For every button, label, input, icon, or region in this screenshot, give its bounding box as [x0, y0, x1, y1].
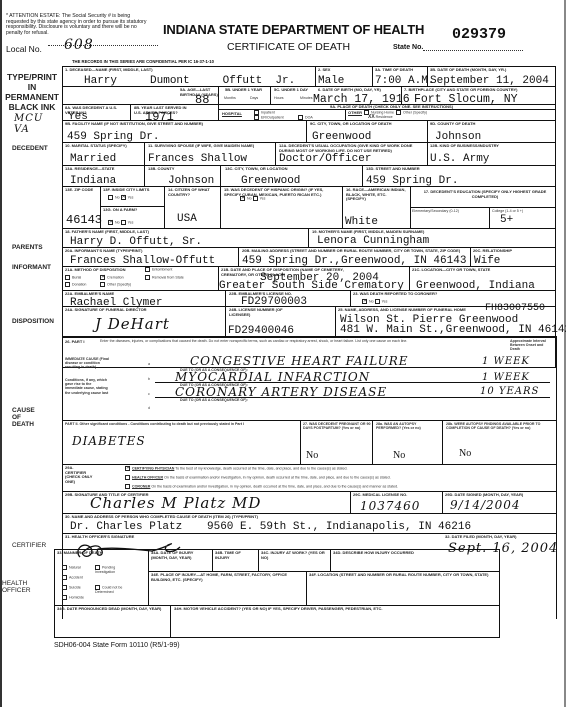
days-label: Days	[250, 96, 258, 100]
injury-location-label: 34f. LOCATION (Street and Number or Rura…	[309, 573, 499, 578]
type-print-label: TYPE/PRINT IN PERMANENT BLACK INK	[4, 72, 60, 112]
homicide-option[interactable]: Homicide	[62, 595, 84, 600]
funeral-home-license: FH83007550	[485, 303, 545, 314]
pending-option[interactable]: Pending Investigation	[95, 565, 135, 574]
natural-option[interactable]: Natural	[62, 565, 81, 570]
college-label: College (1-4 or 5 +)	[492, 209, 523, 213]
state-no-label: State No.	[393, 44, 423, 51]
race-value: White	[345, 216, 378, 228]
certificate-title: CERTIFICATE OF DEATH	[227, 41, 350, 53]
certifier-label: 29a. CERTIFIER (Check only one)	[65, 466, 95, 484]
removal-option[interactable]: Removal from State	[145, 275, 184, 280]
residence-state-label: 13a. RESIDENCE—STATE	[65, 167, 114, 172]
time-of-death-value: 7:00 A.M.	[375, 75, 434, 87]
occupation-value: Doctor/Officer	[279, 153, 371, 165]
cause-letter-b: b	[148, 377, 150, 381]
funeral-home-address: 481 W. Main St.,Greenwood, IN 46142	[340, 324, 566, 336]
relationship-value: Wife	[474, 255, 500, 267]
months-label: Months	[224, 96, 236, 100]
coroner-no-checkbox[interactable]: ✕	[362, 299, 367, 304]
method-label: 21a. METHOD OF DISPOSITION	[65, 268, 125, 273]
residence-city-value: Greenwood	[241, 175, 300, 187]
cremation-option[interactable]: ✕Cremation	[100, 275, 124, 280]
embalmer-name-label: 22a. EMBALMER'S NAME	[65, 292, 114, 297]
doa-checkbox[interactable]	[298, 115, 303, 120]
age-value: 88	[195, 93, 209, 107]
farm-yes-checkbox[interactable]	[121, 220, 126, 225]
homicide-checkbox[interactable]	[62, 595, 67, 600]
form-id: SDH06-004 State Form 10110 (R5/1-99)	[54, 642, 180, 649]
manner-label: 33. MANNER OF DEATH	[57, 551, 102, 556]
mother-label: 19. MOTHER'S NAME (First, Middle, Maiden…	[312, 230, 424, 235]
director-signature: J DeHart	[95, 315, 170, 333]
director-signature-label: 24a. SIGNATURE OF FUNERAL DIRECTOR	[65, 308, 147, 313]
facility-value: 459 Spring Dr.	[67, 131, 159, 143]
zip-label: 13e. ZIP CODE	[65, 188, 93, 193]
date-of-death-label: 3b. DATE OF DEATH (Month, Day, Yr.)	[430, 68, 506, 73]
spouse-label: 11. SURVIVING SPOUSE (If wife, give maid…	[148, 144, 254, 149]
time-of-death-label: 3a. TIME OF DEATH	[375, 68, 413, 73]
cause-c-interval: 10 YEARS	[480, 386, 539, 397]
entombment-checkbox[interactable]	[145, 267, 150, 272]
cremation-checkbox[interactable]: ✕	[100, 275, 105, 280]
birthplace-label: 7. BIRTHPLACE (City and State or Foreign…	[404, 88, 554, 93]
residence-street-value: 459 Spring Dr.	[366, 175, 458, 187]
coroner-yes-checkbox[interactable]	[375, 299, 380, 304]
residence-county-label: 13b. COUNTY	[148, 167, 174, 172]
other-specify-option[interactable]: Other (Specify)	[396, 110, 427, 115]
date-signed-value: 9/14/2004	[450, 498, 521, 512]
physician-checkbox[interactable]: ✕	[125, 466, 130, 471]
local-no-label: Local No.	[6, 44, 42, 54]
race-label: 16. RACE—American Indian, Black, White, …	[346, 188, 406, 202]
section-cause-of-death: CAUSE OF DEATH	[12, 407, 42, 428]
sex-value: Male	[318, 75, 344, 87]
injury-work-label: 34c. INJURY AT WORK? (Yes or no)	[261, 551, 327, 560]
father-label: 18. FATHER'S NAME (First, Middle, Last)	[65, 230, 149, 235]
director-license-value: FD29400046	[228, 325, 294, 337]
residence-checked-mark: XX	[368, 114, 375, 120]
under-one-day-label: 5c. UNDER 1 DAY	[274, 88, 308, 93]
section-certifier: CERTIFIER	[12, 542, 46, 549]
under-one-year-label: 5b. UNDER 1 YEAR	[225, 88, 262, 93]
education-label: 17. DECEDENT'S EDUCATION (Specify only h…	[420, 190, 550, 199]
minutes-label: Minutes	[300, 96, 313, 100]
accident-option[interactable]: Accident	[62, 575, 83, 580]
department-title: INDIANA STATE DEPARTMENT OF HEALTH	[163, 22, 424, 37]
section-disposition: DISPOSITION	[12, 318, 54, 325]
cause-letter-c: c	[148, 392, 150, 396]
coroner-options[interactable]: ✕No Yes	[362, 299, 387, 304]
attention-notice: * ATTENTION ESTATE: The Social Security …	[6, 14, 154, 36]
part1-label: 26. PART I	[65, 340, 85, 345]
cause-b-value: MYOCARDIAL INFARCTION	[175, 370, 370, 384]
section-decedent: DECEDENT	[12, 145, 48, 152]
due-to-label-c: DUE TO (OR AS A CONSEQUENCE OF):	[180, 398, 248, 402]
interval-label: Approximate Interval Between Onset and D…	[510, 339, 550, 352]
occupation-label: 12a. DECEDENT'S USUAL OCCUPATION (Give k…	[279, 144, 424, 153]
natural-checkbox[interactable]	[62, 565, 67, 570]
autopsy-label: 28a. WAS AN AUTOPSY PERFORMED? (Yes or n…	[376, 422, 438, 430]
other-disposition-checkbox[interactable]	[100, 282, 105, 287]
medical-license-label: 29c. MEDICAL LICENSE NO.	[353, 493, 407, 498]
facility-label: 9b. FACILITY NAME (If not institution, g…	[65, 122, 203, 127]
county-of-death-label: 9d. COUNTY OF DEATH	[430, 122, 475, 127]
coroner-checkbox[interactable]	[125, 484, 130, 489]
burial-option[interactable]: Burial	[65, 275, 81, 280]
donation-checkbox[interactable]	[65, 282, 70, 287]
residence-street-label: 13d. STREET AND NUMBER	[366, 167, 420, 172]
entombment-option[interactable]: Entombment	[145, 267, 172, 272]
place-of-death-label: 9a. PLACE OF DEATH (Check only one. See …	[330, 105, 453, 110]
suicide-checkbox[interactable]	[62, 585, 67, 590]
medical-license-value: 1037460	[360, 499, 420, 513]
decedent-name: Harry Dumont Offutt Jr.	[84, 75, 295, 87]
residence-option[interactable]: XX Residence	[368, 115, 393, 119]
er-checkbox[interactable]	[254, 115, 259, 120]
injury-place-label: 34e. PLACE OF INJURY—At home, farm, stre…	[151, 573, 301, 582]
injury-time-label: 34b. TIME OF INJURY	[215, 551, 255, 560]
informant-address-label: 20b. MAILING ADDRESS (Street and Number …	[242, 249, 467, 254]
citizen-label: 14. CITIZEN OF WHAT COUNTRY?	[168, 188, 218, 197]
city-limits-no-checkbox[interactable]	[108, 195, 113, 200]
completer-name: Dr. Charles Platz	[70, 521, 182, 533]
injury-date-label: 34a. DATE OF INJURY (Month, Day, Year)	[151, 551, 209, 560]
certificate-number: 029379	[452, 26, 506, 43]
coroner-reported-label: 23. WAS DEATH REPORTED TO CORONER?	[353, 292, 437, 297]
immediate-cause-label: IMMEDIATE CAUSE (Final disease or condit…	[65, 357, 110, 370]
hispanic-yes-checkbox[interactable]	[253, 196, 258, 201]
er-outpatient-option[interactable]: ER/Outpatient	[254, 115, 284, 120]
college-value: 5+	[500, 214, 513, 226]
farm-no-checkbox[interactable]: ✕	[108, 220, 113, 225]
relationship-label: 20c. Relationship	[473, 249, 512, 254]
other-disposition-option[interactable]: Other (Specify)	[100, 282, 131, 287]
autopsy-value: No	[393, 450, 405, 461]
confidential-notice: THE RECORDS IN THIS SERIES ARE CONFIDENT…	[72, 59, 214, 64]
removal-checkbox[interactable]	[145, 275, 150, 280]
business-label: 12b. KIND OF BUSINESS/INDUSTRY	[430, 144, 499, 149]
director-license-label: 24b. LICENSE NUMBER (of Licensee)	[229, 308, 289, 317]
cause-instructions: Enter the diseases, injuries, or complic…	[100, 339, 430, 343]
elementary-label: Elementary/Secondary (0-12)	[412, 209, 459, 213]
part2-label: PART II. Other significant conditions - …	[65, 422, 295, 426]
completer-label: 30. NAME AND ADDRESS OF PERSON WHO COMPL…	[65, 515, 258, 520]
marital-status-label: 10. MARITAL STATUS (Specify)	[65, 144, 127, 149]
scan-edge-left	[0, 0, 2, 707]
informant-address-value: 459 Spring Dr.,Greenwood, IN 46143	[242, 255, 466, 267]
informant-name-value: Frances Shallow-Offutt	[70, 255, 215, 267]
dob-label: 6. DATE OF BIRTH (Mo, Day, Yr)	[318, 88, 381, 93]
hispanic-options[interactable]: ✕No Yes	[240, 196, 265, 201]
marital-status-value: Married	[70, 153, 116, 165]
other-place-label: OTHER	[348, 111, 362, 116]
farm-label: 13g. ON A FARM?	[103, 208, 137, 213]
city-of-death-label: 9c. CITY, TOWN, OR LOCATION OF DEATH	[310, 122, 392, 127]
city-limits-options[interactable]: No ✕Yes	[108, 195, 133, 200]
hispanic-no-checkbox[interactable]: ✕	[240, 196, 245, 201]
pregnant-label: 27. WAS DECEDENT PREGNANT OR 90 DAYS POS…	[303, 422, 371, 430]
city-limits-yes-checkbox[interactable]: ✕	[121, 195, 126, 200]
suicide-option[interactable]: Suicide	[62, 585, 81, 590]
hours-label: Hours	[274, 96, 284, 100]
cause-a-value: CONGESTIVE HEART FAILURE	[190, 354, 409, 368]
zip-value: 46143	[66, 213, 102, 227]
health-officer-checkbox[interactable]	[125, 475, 130, 480]
mother-value: Lenora Cunningham	[317, 235, 429, 247]
father-value: Harry D. Offutt, Sr.	[70, 236, 202, 248]
section-health-officer: HEALTH OFFICER	[2, 580, 32, 594]
section-informant: INFORMANT	[12, 264, 51, 271]
date-filed-label: 32. DATE FILED (Month, Day, Year)	[445, 535, 517, 540]
burial-checkbox[interactable]	[65, 275, 70, 280]
city-of-death-value: Greenwood	[312, 131, 371, 143]
certifier-signature: Charles M Platz MD	[90, 494, 261, 512]
cause-letter-d: d	[148, 406, 150, 410]
motor-vehicle-label: 34h. MOTOR VEHICLE ACCIDENT? (Yes or no)…	[174, 607, 382, 612]
injury-describe-label: 34d. DESCRIBE HOW INJURY OCCURRED	[333, 551, 414, 556]
health-officer-option[interactable]: HEALTH OFFICER On the basis of examinati…	[125, 475, 545, 480]
disposition-location-label: 21c. LOCATION—City or Town, State	[412, 268, 490, 273]
sex-label: 2. SEX	[318, 68, 330, 73]
certifying-physician-option[interactable]: ✕CERTIFYING PHYSICIAN To the best of my …	[125, 466, 545, 471]
date-signed-label: 29d. DATE SIGNED (Month, Day, Year)	[445, 493, 523, 498]
accident-checkbox[interactable]	[62, 575, 67, 580]
cause-c-value: CORONARY ARTERY DISEASE	[175, 385, 387, 399]
cause-letter-a: a	[148, 362, 150, 366]
part2-value: DIABETES	[72, 434, 146, 448]
pregnant-value: No	[306, 450, 318, 461]
state-no-dots	[423, 50, 523, 51]
residence-state-value: Indiana	[70, 175, 116, 187]
date-of-death-value: September 11, 2004	[430, 75, 549, 87]
county-of-death-value: Johnson	[435, 131, 481, 143]
citizen-value: USA	[177, 213, 197, 225]
business-value: U.S. Army	[430, 153, 489, 165]
undetermined-option[interactable]: Could not be Determined	[95, 585, 135, 594]
city-limits-label: 13f. INSIDE CITY LIMITS	[103, 188, 149, 193]
local-no-dots	[48, 45, 158, 46]
funeral-home-label: 25. NAME, ADDRESS, AND LICENSE NUMBER OF…	[338, 308, 466, 313]
cause-b-interval: 1 WEEK	[482, 372, 530, 383]
coroner-option[interactable]: CORONER On the basis of examination and/…	[125, 484, 555, 489]
residence-county-value: Johnson	[168, 175, 214, 187]
conditions-label: Conditions, if any, which gave rise to t…	[65, 378, 110, 395]
donation-option[interactable]: Donation	[65, 282, 86, 287]
spouse-value: Frances Shallow	[148, 153, 247, 165]
informant-name-label: 20a. INFORMANT'S NAME (Type/Print)	[65, 249, 142, 254]
residence-city-label: 13c. CITY, TOWN, OR LOCATION	[225, 167, 288, 172]
completer-address: 9560 E. 59th St., Indianapolis, IN 46216	[207, 521, 471, 533]
section-parents: PARENTS	[12, 244, 43, 251]
findings-value: No	[459, 448, 471, 459]
other-place-checkbox[interactable]	[396, 110, 401, 115]
hospital-label: HOSPITAL	[222, 112, 242, 117]
pronounced-dead-label: 34g. DATE PRONOUNCED DEAD (Month, Day, Y…	[57, 607, 161, 612]
cause-a-interval: 1 WEEK	[482, 356, 530, 367]
findings-label: 28b. WERE AUTOPSY FINDINGS AVAILABLE PRI…	[446, 422, 546, 430]
farm-options[interactable]: ✕No Yes	[108, 220, 133, 225]
handwritten-annotation: MCU VA	[14, 113, 44, 135]
name-label: 1. DECEASED—NAME (First, Middle, Last)	[65, 68, 153, 73]
